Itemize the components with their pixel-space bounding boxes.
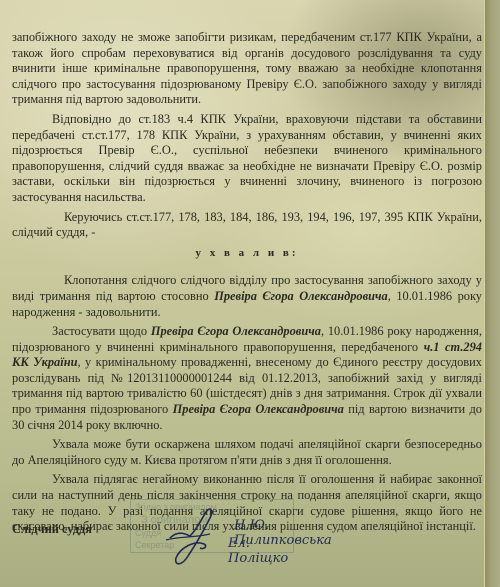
ruling-paragraph-2: Застосувати щодо Превіра Єгора Олександр… <box>12 324 482 433</box>
handwritten-name-2: Ел. Поліщко <box>228 536 288 566</box>
defendant-name: Превіра Єгора Олександровича <box>151 324 321 338</box>
judge-signature: Н.Ю. Пилипковська Ел. Поліщко <box>160 500 240 575</box>
document-body: запобіжного заходу не зможе запобігти ри… <box>12 30 482 535</box>
defendant-name: Превіра Єгора Олександровича <box>214 289 388 303</box>
ruling-paragraph-appeal: Ухвала може бути оскаржена шляхом подачі… <box>12 437 482 468</box>
ruling-paragraph-1: Клопотання слідчого слідчого відділу про… <box>12 273 482 320</box>
paragraph-legal-basis: Відповідно до ст.183 ч.4 КПК України, вр… <box>12 112 482 206</box>
page-edge <box>484 0 500 587</box>
paragraph-reasoning: запобіжного заходу не зможе запобігти ри… <box>12 30 482 108</box>
stamp-line-3: Суддя <box>135 528 161 538</box>
ruling-heading: у х в а л и в: <box>12 246 482 262</box>
defendant-name: Превіра Єгора Олександровича <box>173 402 344 416</box>
paragraph-guided-by: Керуючись ст.ст.177, 178, 183, 184, 186,… <box>12 210 482 241</box>
signature-label: Слідчий суддя <box>12 522 92 537</box>
